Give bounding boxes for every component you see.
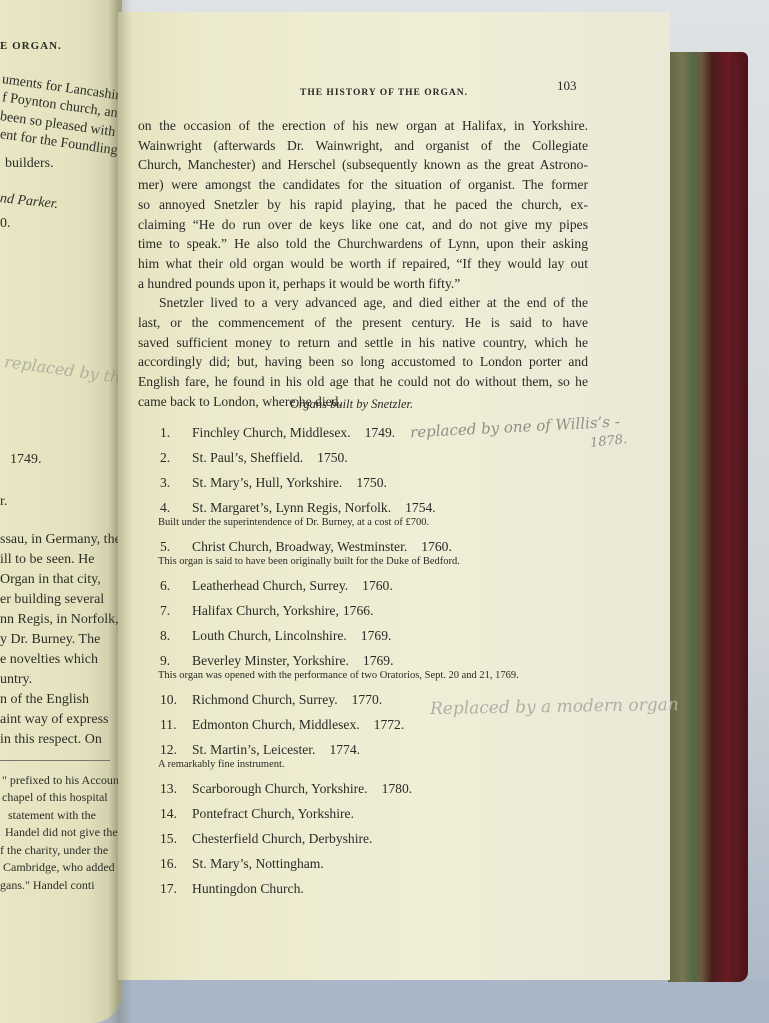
item-number: 4.: [160, 500, 192, 516]
item-year: 1750.: [317, 450, 348, 466]
left-footnote-line: Handel did not give the: [5, 825, 118, 840]
text-line: last, or the commencement of the present…: [138, 313, 588, 333]
list-item: 2.St. Paul’s, Sheffield.1750.: [160, 445, 630, 470]
left-text-line: nd Parker.: [0, 191, 59, 213]
item-number: 6.: [160, 578, 192, 594]
left-text-line: y Dr. Burney. The: [0, 632, 100, 648]
item-name: Halifax Church, Yorkshire,: [192, 603, 339, 619]
item-number: 9.: [160, 653, 192, 669]
left-footnote-line: chapel of this hospital: [2, 790, 108, 805]
list-heading: Organs built by Snetzler.: [290, 397, 413, 412]
text-line: on the occasion of the erection of his n…: [138, 116, 588, 136]
left-text-line: aint way of express: [0, 712, 108, 728]
running-head: THE HISTORY OF THE ORGAN.: [300, 88, 468, 98]
item-number: 12.: [160, 742, 192, 758]
item-name: St. Mary’s, Nottingham.: [192, 856, 324, 872]
paragraph-1: on the occasion of the erection of his n…: [138, 116, 588, 293]
item-year: 1766.: [343, 603, 374, 619]
page-number: 103: [557, 78, 577, 94]
left-footnote-line: gans." Handel conti: [0, 878, 95, 893]
item-number: 3.: [160, 475, 192, 491]
list-item: 7.Halifax Church, Yorkshire,1766.: [160, 598, 630, 623]
item-number: 11.: [160, 717, 192, 733]
list-item: 4.St. Margaret’s, Lynn Regis, Norfolk.17…: [160, 495, 630, 520]
item-name: Richmond Church, Surrey.: [192, 692, 338, 708]
text-line: Church, Manchester) and Herschel (subseq…: [138, 155, 588, 175]
item-number: 8.: [160, 628, 192, 644]
left-footnote-line: Cambridge, who added: [3, 860, 115, 875]
left-text-line: untry.: [0, 672, 32, 688]
left-text-line: nn Regis, in Norfolk,: [0, 612, 119, 628]
list-item: 5.Christ Church, Broadway, Westminster.1…: [160, 534, 630, 559]
left-text-line: ssau, in Germany, the: [0, 532, 121, 548]
pencil-annotation-left: replaced by th: [3, 352, 121, 387]
item-year: 1760.: [362, 578, 393, 594]
left-text-line: e novelties which: [0, 652, 98, 668]
item-year: 1750.: [356, 475, 387, 491]
left-running-head: E ORGAN.: [0, 40, 62, 52]
item-number: 16.: [160, 856, 192, 872]
text-line: English fare, he found in his old age th…: [138, 372, 588, 392]
item-year: 1754.: [405, 500, 436, 516]
list-item: 9.Beverley Minster, Yorkshire.1769.: [160, 648, 630, 673]
item-number: 10.: [160, 692, 192, 708]
list-item: 14.Pontefract Church, Yorkshire.: [160, 801, 630, 826]
item-name: Scarborough Church, Yorkshire.: [192, 781, 368, 797]
list-item: 13.Scarborough Church, Yorkshire.1780.: [160, 776, 630, 801]
item-number: 2.: [160, 450, 192, 466]
paragraph-2: Snetzler lived to a very advanced age, a…: [138, 293, 588, 411]
left-footnote-line: f the charity, under the: [0, 843, 108, 858]
body-text: on the occasion of the erection of his n…: [138, 116, 588, 412]
item-name: St. Margaret’s, Lynn Regis, Norfolk.: [192, 500, 391, 516]
table-surface: [118, 980, 769, 1023]
text-line: him what their old organ would be worth …: [138, 254, 588, 274]
footnote-rule: [0, 760, 110, 761]
left-text-line: ill to be seen. He: [0, 552, 94, 568]
text-line: mer) were amongst the candidates for the…: [138, 175, 588, 195]
item-year: 1774.: [329, 742, 360, 758]
item-name: Chesterfield Church, Derbyshire.: [192, 831, 372, 847]
item-year: 1749.: [365, 425, 396, 441]
list-item: 16.St. Mary’s, Nottingham.: [160, 851, 630, 876]
item-name: Huntingdon Church.: [192, 881, 304, 897]
item-year: 1770.: [352, 692, 383, 708]
left-text-line: builders.: [5, 156, 54, 172]
left-text-line: Organ in that city,: [0, 572, 101, 588]
item-number: 5.: [160, 539, 192, 555]
item-number: 1.: [160, 425, 192, 441]
item-name: Edmonton Church, Middlesex.: [192, 717, 360, 733]
list-item: 12.St. Martin’s, Leicester.1774.: [160, 737, 630, 762]
left-text-line: in this respect. On: [0, 732, 102, 748]
item-name: Leatherhead Church, Surrey.: [192, 578, 348, 594]
item-number: 15.: [160, 831, 192, 847]
item-year: 1769.: [363, 653, 394, 669]
item-year: 1760.: [421, 539, 452, 555]
item-name: St. Mary’s, Hull, Yorkshire.: [192, 475, 342, 491]
item-name: Beverley Minster, Yorkshire.: [192, 653, 349, 669]
text-line: Wainwright (afterwards Dr. Wainwright, a…: [138, 136, 588, 156]
list-item: 15.Chesterfield Church, Derbyshire.: [160, 826, 630, 851]
item-name: St. Martin’s, Leicester.: [192, 742, 315, 758]
left-text-line: n of the English: [0, 692, 89, 708]
item-name: Louth Church, Lincolnshire.: [192, 628, 347, 644]
left-text-line: r.: [0, 494, 7, 510]
left-footnote-line: " prefixed to his Account: [2, 773, 122, 788]
organ-list: 1.Finchley Church, Middlesex.1749. 2.St.…: [160, 420, 630, 901]
text-line: a hundred pounds upon it, perhaps it wou…: [138, 274, 588, 294]
text-line: saved sufficient money to return and set…: [138, 333, 588, 353]
item-year: 1769.: [361, 628, 392, 644]
left-text-line: er building several: [0, 592, 104, 608]
item-number: 17.: [160, 881, 192, 897]
text-line: time to speak.” He also told the Churchw…: [138, 234, 588, 254]
item-name: Finchley Church, Middlesex.: [192, 425, 351, 441]
list-item: 3.St. Mary’s, Hull, Yorkshire.1750.: [160, 470, 630, 495]
list-item: 6.Leatherhead Church, Surrey.1760.: [160, 573, 630, 598]
gutter-shadow: [108, 0, 132, 1023]
list-item: 8.Louth Church, Lincolnshire.1769.: [160, 623, 630, 648]
text-line: accordingly did; but, having been so lon…: [138, 352, 588, 372]
item-name: Pontefract Church, Yorkshire.: [192, 806, 354, 822]
text-line: Snetzler lived to a very advanced age, a…: [138, 293, 588, 313]
book-cover-edge: [730, 60, 740, 980]
item-number: 7.: [160, 603, 192, 619]
item-year: 1772.: [374, 717, 405, 733]
left-footnote-line: statement with the: [8, 808, 96, 823]
item-name: St. Paul’s, Sheffield.: [192, 450, 303, 466]
left-text-line: 1749.: [10, 452, 42, 468]
item-number: 13.: [160, 781, 192, 797]
text-line: claiming “He do run over de keys like on…: [138, 215, 588, 235]
list-item: 17.Huntingdon Church.: [160, 876, 630, 901]
text-line: so annoyed Snetzler by his rapid playing…: [138, 195, 588, 215]
item-year: 1780.: [382, 781, 413, 797]
left-page: E ORGAN. uments for Lancashire f Poynton…: [0, 0, 122, 1023]
item-number: 14.: [160, 806, 192, 822]
item-name: Christ Church, Broadway, Westminster.: [192, 539, 407, 555]
left-text-line: 0.: [0, 216, 11, 232]
